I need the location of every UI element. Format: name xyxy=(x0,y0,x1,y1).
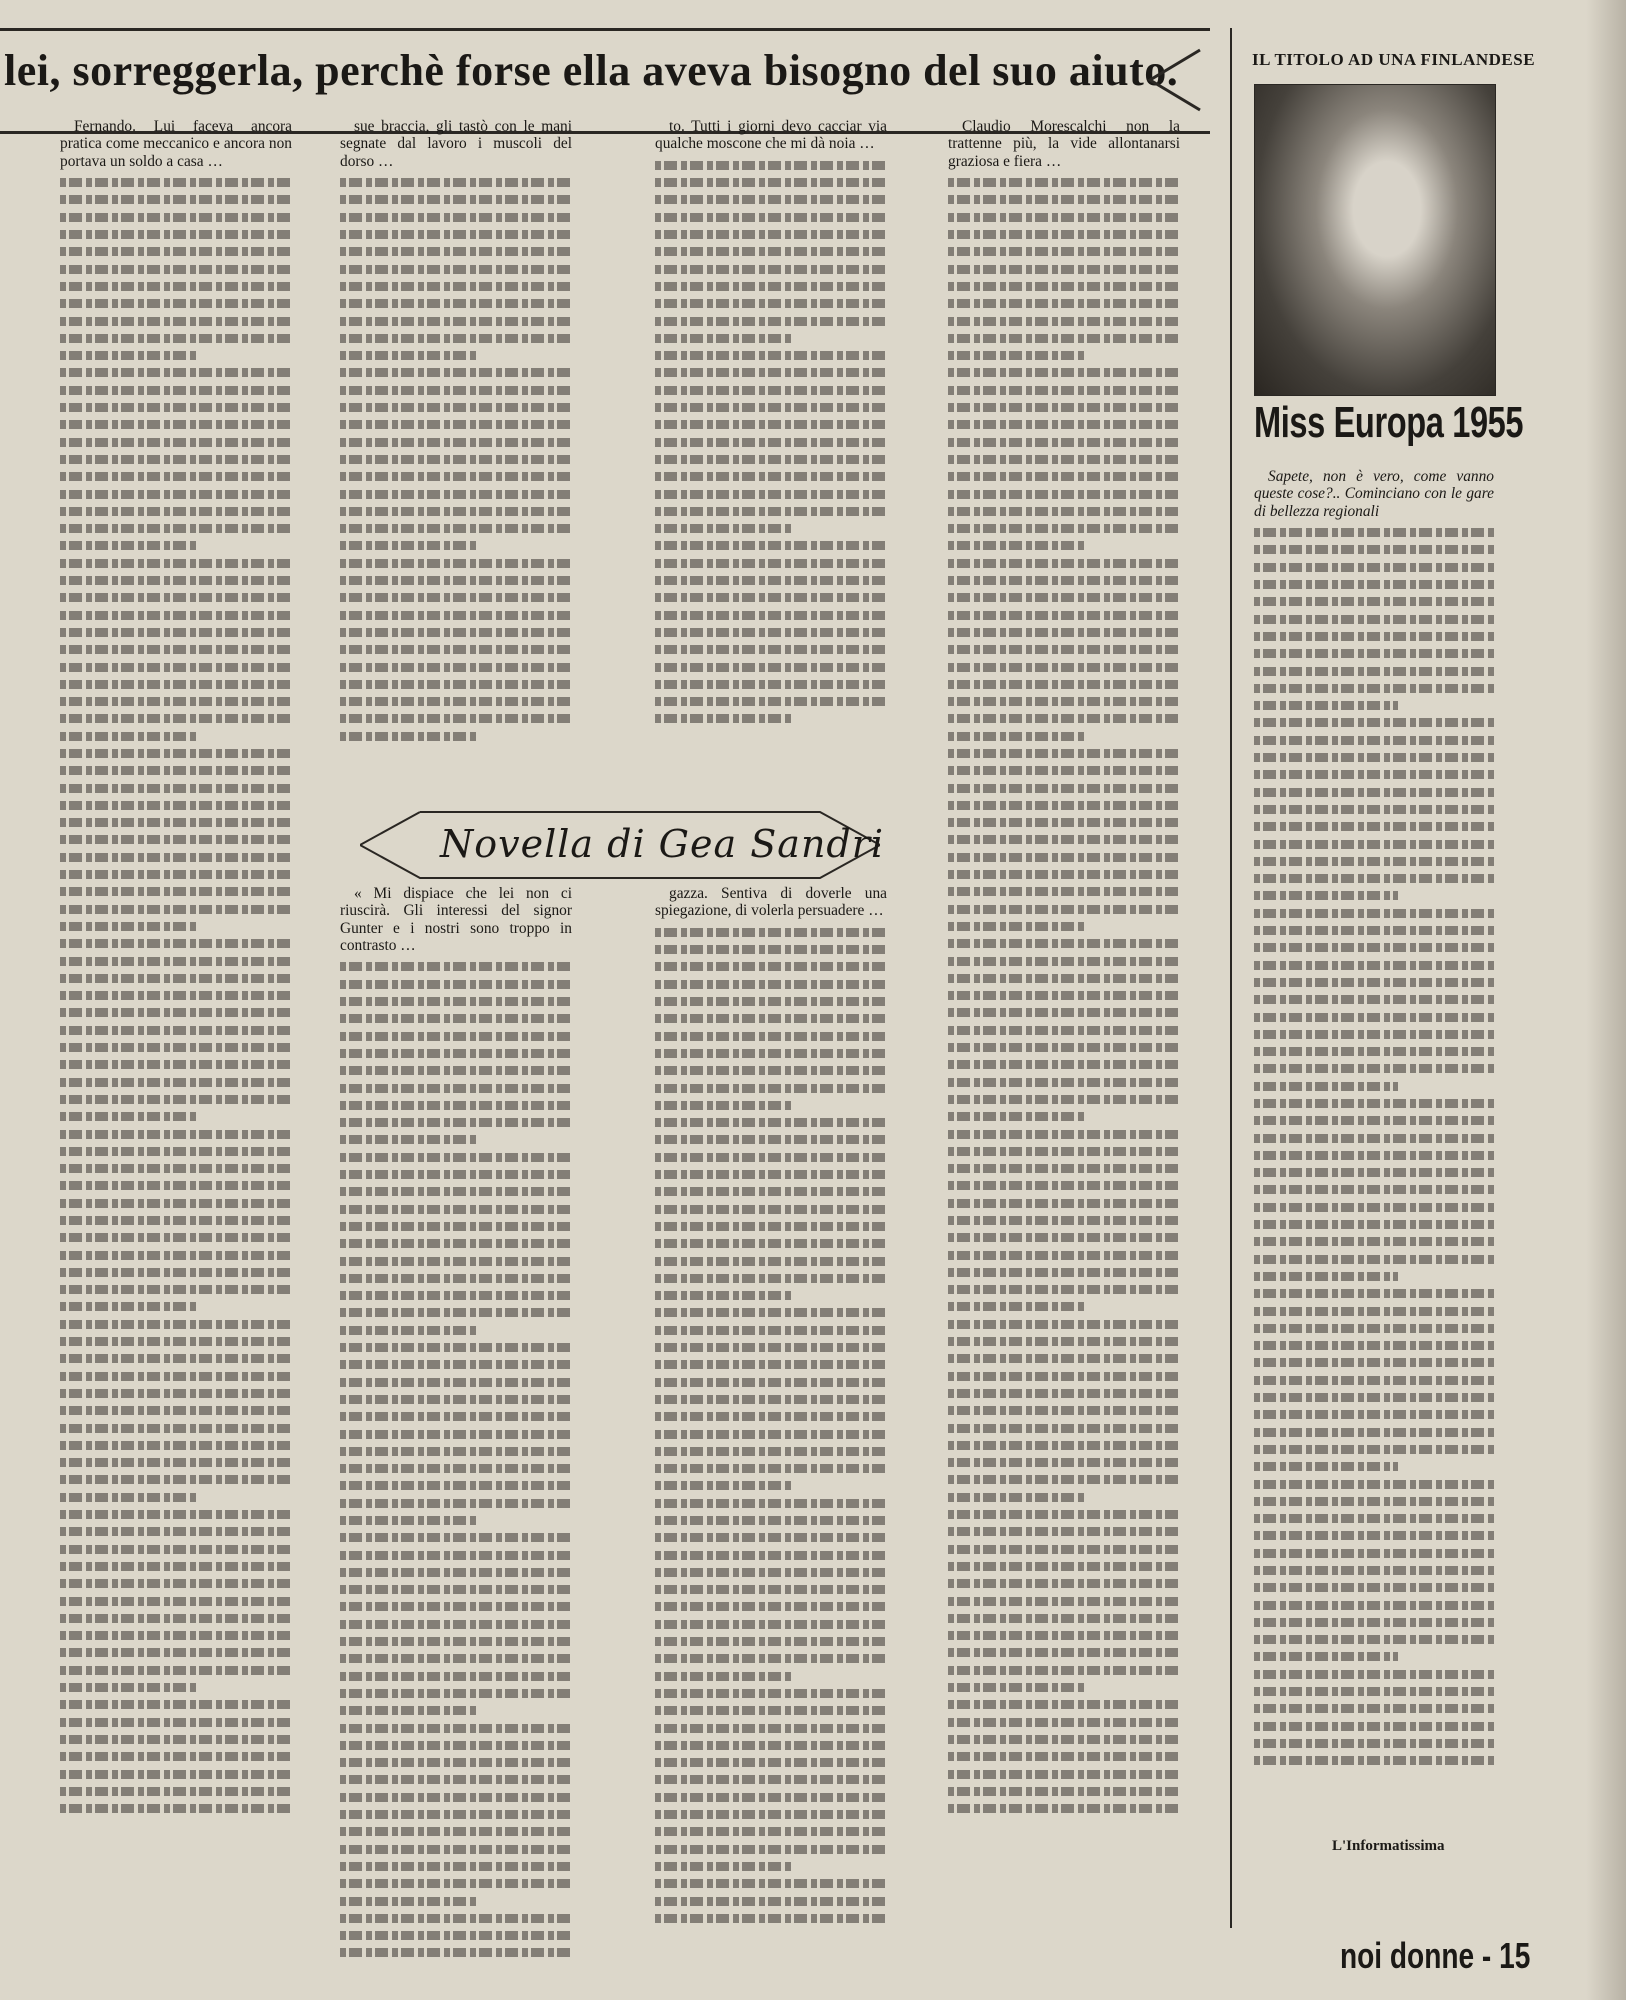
text-line-placeholder xyxy=(60,1614,292,1623)
text-line-placeholder xyxy=(340,645,572,654)
text-line-placeholder xyxy=(60,1199,292,1208)
text-placeholder xyxy=(948,178,1180,1813)
text-line-placeholder xyxy=(340,559,572,568)
text-line-placeholder xyxy=(1254,1428,1494,1437)
text-line-placeholder xyxy=(1254,1549,1494,1558)
text-line-placeholder xyxy=(655,663,887,672)
text-line-placeholder xyxy=(948,1251,1180,1260)
text-line-placeholder xyxy=(948,939,1180,948)
text-line-placeholder xyxy=(340,1533,572,1542)
text-line-placeholder xyxy=(655,1049,887,1058)
text-line-placeholder xyxy=(340,1481,572,1490)
text-line-placeholder xyxy=(60,282,292,291)
text-line-placeholder xyxy=(655,1291,794,1300)
text-line-placeholder xyxy=(60,1372,292,1381)
text-line-placeholder xyxy=(340,980,572,989)
text-line-placeholder xyxy=(340,299,572,308)
text-line-placeholder xyxy=(655,1827,887,1836)
text-line-placeholder xyxy=(1254,1307,1494,1316)
text-line-placeholder xyxy=(60,1666,292,1675)
text-line-placeholder xyxy=(1254,1324,1494,1333)
text-line-placeholder xyxy=(340,282,572,291)
text-line-placeholder xyxy=(948,628,1180,637)
text-line-placeholder xyxy=(60,1389,292,1398)
text-line-placeholder xyxy=(948,1060,1180,1069)
text-line-placeholder xyxy=(655,1775,887,1784)
text-line-placeholder xyxy=(948,195,1180,204)
text-placeholder xyxy=(1254,528,1494,1765)
text-line-placeholder xyxy=(340,1239,572,1248)
text-line-placeholder xyxy=(655,1032,887,1041)
text-line-placeholder xyxy=(655,680,887,689)
text-line-placeholder xyxy=(340,1412,572,1421)
text-line-placeholder xyxy=(340,1014,572,1023)
text-line-placeholder xyxy=(340,962,572,971)
text-line-placeholder xyxy=(1254,1047,1494,1056)
text-line-placeholder xyxy=(1254,1514,1494,1523)
text-line-placeholder xyxy=(1254,667,1494,676)
text-line-placeholder xyxy=(655,420,887,429)
text-line-placeholder xyxy=(655,1308,887,1317)
sidebar-signature: L'Informatissima xyxy=(1332,1838,1445,1855)
text-line-placeholder xyxy=(655,1845,887,1854)
text-line-placeholder xyxy=(60,1216,292,1225)
text-line-placeholder xyxy=(655,1499,887,1508)
text-line-placeholder xyxy=(60,541,199,550)
text-line-placeholder xyxy=(655,1672,794,1681)
story-column-1: Fernando. Lui faceva ancora pratica come… xyxy=(60,118,292,1821)
text-line-placeholder xyxy=(60,1648,292,1657)
text-line-placeholder xyxy=(655,230,887,239)
text-line-placeholder xyxy=(60,230,292,239)
text-line-placeholder xyxy=(948,1631,1180,1640)
text-line-placeholder xyxy=(948,1735,1180,1744)
text-line-placeholder xyxy=(340,1758,572,1767)
text-line-placeholder xyxy=(1254,1601,1494,1610)
text-line-placeholder xyxy=(655,1274,887,1283)
text-line-placeholder xyxy=(655,1602,887,1611)
text-line-placeholder xyxy=(340,680,572,689)
text-line-placeholder xyxy=(1254,874,1494,883)
text-line-placeholder xyxy=(655,645,887,654)
text-line-placeholder xyxy=(60,991,292,1000)
text-line-placeholder xyxy=(948,1545,1180,1554)
text-line-placeholder xyxy=(60,299,292,308)
text-line-placeholder xyxy=(948,1718,1180,1727)
text-line-placeholder xyxy=(655,317,887,326)
text-line-placeholder xyxy=(60,1233,292,1242)
text-line-placeholder xyxy=(340,541,479,550)
text-line-placeholder xyxy=(1254,563,1494,572)
text-line-placeholder xyxy=(340,1637,572,1646)
text-line-placeholder xyxy=(948,1562,1180,1571)
sidebar-headline: Miss Europa 1955 xyxy=(1254,400,1432,446)
text-line-placeholder xyxy=(1254,1376,1494,1385)
text-line-placeholder xyxy=(1254,788,1494,797)
text-line-placeholder xyxy=(340,1084,572,1093)
sidebar-excerpt: Sapete, non è vero, come vanno queste co… xyxy=(1254,468,1494,520)
text-line-placeholder xyxy=(948,1614,1180,1623)
text-line-placeholder xyxy=(948,1008,1180,1017)
text-line-placeholder xyxy=(1254,805,1494,814)
text-line-placeholder xyxy=(60,593,292,602)
text-line-placeholder xyxy=(948,403,1180,412)
text-line-placeholder xyxy=(655,945,887,954)
text-line-placeholder xyxy=(1254,978,1494,987)
text-line-placeholder xyxy=(1254,718,1494,727)
text-line-placeholder xyxy=(948,1493,1087,1502)
text-line-placeholder xyxy=(340,1360,572,1369)
text-line-placeholder xyxy=(1254,1082,1398,1091)
text-line-placeholder xyxy=(655,697,887,706)
text-line-placeholder xyxy=(340,1620,572,1629)
text-line-placeholder xyxy=(655,593,887,602)
text-line-placeholder xyxy=(948,1683,1087,1692)
text-line-placeholder xyxy=(340,1343,572,1352)
text-line-placeholder xyxy=(948,835,1180,844)
text-line-placeholder xyxy=(655,161,887,170)
text-line-placeholder xyxy=(60,368,292,377)
text-line-placeholder xyxy=(948,213,1180,222)
text-line-placeholder xyxy=(1254,528,1494,537)
text-line-placeholder xyxy=(1254,1341,1494,1350)
text-line-placeholder xyxy=(948,611,1180,620)
text-line-placeholder xyxy=(948,645,1180,654)
text-line-placeholder xyxy=(60,472,292,481)
text-line-placeholder xyxy=(60,317,292,326)
text-line-placeholder xyxy=(655,334,794,343)
text-line-placeholder xyxy=(60,490,292,499)
text-line-placeholder xyxy=(948,1458,1180,1467)
text-line-placeholder xyxy=(655,980,887,989)
text-line-placeholder xyxy=(340,178,572,187)
sidebar-kicker: IL TITOLO AD UNA FINLANDESE xyxy=(1252,50,1535,70)
text-line-placeholder xyxy=(655,1741,887,1750)
text-line-placeholder xyxy=(60,1787,292,1796)
text-line-placeholder xyxy=(1254,580,1494,589)
text-line-placeholder xyxy=(1254,1255,1494,1264)
text-line-placeholder xyxy=(948,1475,1180,1484)
text-line-placeholder xyxy=(948,1648,1180,1657)
text-line-placeholder xyxy=(655,928,887,937)
text-line-placeholder xyxy=(655,1551,887,1560)
magazine-page: lei, sorreggerla, perchè forse ella avev… xyxy=(0,0,1626,2000)
text-line-placeholder xyxy=(655,541,887,550)
text-line-placeholder xyxy=(655,1222,887,1231)
text-line-placeholder xyxy=(60,1752,292,1761)
text-line-placeholder xyxy=(340,317,572,326)
text-line-placeholder xyxy=(1254,909,1494,918)
text-line-placeholder xyxy=(340,1897,479,1906)
text-placeholder xyxy=(655,928,887,1923)
text-line-placeholder xyxy=(60,265,292,274)
text-line-placeholder xyxy=(948,472,1180,481)
text-line-placeholder xyxy=(340,1551,572,1560)
text-line-placeholder xyxy=(655,282,887,291)
text-line-placeholder xyxy=(340,265,572,274)
text-line-placeholder xyxy=(1254,1531,1494,1540)
text-line-placeholder xyxy=(655,524,794,533)
text-line-placeholder xyxy=(655,1343,887,1352)
text-line-placeholder xyxy=(948,1043,1180,1052)
text-line-placeholder xyxy=(948,1700,1180,1709)
story-column-6: gazza. Sentiva di doverle una spiegazion… xyxy=(655,885,887,1931)
text-line-placeholder xyxy=(340,230,572,239)
sidebar-body: Sapete, non è vero, come vanno queste co… xyxy=(1254,468,1494,1774)
text-line-placeholder xyxy=(1254,770,1494,779)
text-line-placeholder xyxy=(340,1274,572,1283)
text-line-placeholder xyxy=(340,1948,572,1957)
text-line-placeholder xyxy=(60,1475,292,1484)
text-line-placeholder xyxy=(60,438,292,447)
text-line-placeholder xyxy=(340,997,572,1006)
text-line-placeholder xyxy=(60,749,292,758)
text-line-placeholder xyxy=(60,524,292,533)
text-line-placeholder xyxy=(340,1291,572,1300)
text-line-placeholder xyxy=(655,1793,887,1802)
text-line-placeholder xyxy=(60,1510,292,1519)
text-line-placeholder xyxy=(948,1026,1180,1035)
text-line-placeholder xyxy=(60,213,292,222)
text-line-placeholder xyxy=(340,1602,572,1611)
text-line-placeholder xyxy=(60,766,292,775)
text-line-placeholder xyxy=(948,524,1180,533)
text-line-placeholder xyxy=(60,1683,199,1692)
text-line-placeholder xyxy=(340,1879,572,1888)
text-line-placeholder xyxy=(948,1112,1087,1121)
text-line-placeholder xyxy=(655,472,887,481)
text-line-placeholder xyxy=(655,490,887,499)
text-line-placeholder xyxy=(60,680,292,689)
text-line-placeholder xyxy=(655,559,887,568)
text-line-placeholder xyxy=(948,282,1180,291)
text-line-placeholder xyxy=(60,1545,292,1554)
text-line-placeholder xyxy=(948,1597,1180,1606)
text-line-placeholder xyxy=(1254,545,1494,554)
text-line-placeholder xyxy=(655,1810,887,1819)
text-line-placeholder xyxy=(340,472,572,481)
story-byline-box: Novella di Gea Sandri xyxy=(360,810,880,880)
column-excerpt: Fernando. Lui faceva ancora pratica come… xyxy=(60,118,292,170)
text-line-placeholder xyxy=(948,1579,1180,1588)
text-line-placeholder xyxy=(655,611,887,620)
text-line-placeholder xyxy=(1254,1289,1494,1298)
text-line-placeholder xyxy=(340,1066,572,1075)
text-line-placeholder xyxy=(340,1430,572,1439)
text-line-placeholder xyxy=(1254,1497,1494,1506)
text-line-placeholder xyxy=(1254,1064,1494,1073)
text-line-placeholder xyxy=(948,230,1180,239)
text-line-placeholder xyxy=(948,334,1180,343)
text-line-placeholder xyxy=(60,697,292,706)
text-line-placeholder xyxy=(655,1170,887,1179)
text-line-placeholder xyxy=(948,749,1180,758)
text-line-placeholder xyxy=(340,1205,572,1214)
text-line-placeholder xyxy=(1254,1635,1494,1644)
text-line-placeholder xyxy=(655,1897,887,1906)
text-line-placeholder xyxy=(948,1216,1180,1225)
text-line-placeholder xyxy=(340,507,572,516)
text-line-placeholder xyxy=(655,576,887,585)
text-line-placeholder xyxy=(60,714,292,723)
text-line-placeholder xyxy=(1254,1116,1494,1125)
text-line-placeholder xyxy=(1254,822,1494,831)
text-line-placeholder xyxy=(948,818,1180,827)
text-line-placeholder xyxy=(60,835,292,844)
text-line-placeholder xyxy=(60,887,292,896)
text-line-placeholder xyxy=(1254,736,1494,745)
text-line-placeholder xyxy=(1254,1566,1494,1575)
text-line-placeholder xyxy=(1254,1670,1494,1679)
text-line-placeholder xyxy=(655,1430,887,1439)
text-line-placeholder xyxy=(60,905,292,914)
text-line-placeholder xyxy=(60,1026,292,1035)
text-line-placeholder xyxy=(948,957,1180,966)
text-line-placeholder xyxy=(60,801,292,810)
text-line-placeholder xyxy=(948,1804,1180,1813)
text-line-placeholder xyxy=(340,1724,572,1733)
text-line-placeholder xyxy=(340,195,572,204)
text-line-placeholder xyxy=(60,1302,199,1311)
text-line-placeholder xyxy=(340,714,572,723)
text-line-placeholder xyxy=(655,962,887,971)
story-column-4: Claudio Morescalchi non la trattenne più… xyxy=(948,118,1180,1821)
text-placeholder xyxy=(60,178,292,1813)
text-line-placeholder xyxy=(60,178,292,187)
text-line-placeholder xyxy=(1254,1358,1494,1367)
text-line-placeholder xyxy=(60,1112,199,1121)
text-line-placeholder xyxy=(948,1181,1180,1190)
text-line-placeholder xyxy=(948,1320,1180,1329)
text-line-placeholder xyxy=(60,1700,292,1709)
text-line-placeholder xyxy=(60,974,292,983)
text-line-placeholder xyxy=(655,1360,887,1369)
text-line-placeholder xyxy=(60,784,292,793)
text-placeholder xyxy=(340,178,572,741)
text-line-placeholder xyxy=(60,1562,292,1571)
text-line-placeholder xyxy=(1254,1704,1494,1713)
text-line-placeholder xyxy=(948,1424,1180,1433)
text-line-placeholder xyxy=(340,611,572,620)
text-line-placeholder xyxy=(655,195,887,204)
text-line-placeholder xyxy=(948,697,1180,706)
text-line-placeholder xyxy=(340,1170,572,1179)
text-line-placeholder xyxy=(340,490,572,499)
text-line-placeholder xyxy=(60,420,292,429)
story-column-3: to. Tutti i giorni devo cacciar via qual… xyxy=(655,118,887,732)
text-line-placeholder xyxy=(1254,1030,1494,1039)
text-line-placeholder xyxy=(948,317,1180,326)
text-line-placeholder xyxy=(948,714,1180,723)
text-line-placeholder xyxy=(655,299,887,308)
text-line-placeholder xyxy=(655,1585,887,1594)
text-line-placeholder xyxy=(948,576,1180,585)
text-line-placeholder xyxy=(948,1268,1180,1277)
text-line-placeholder xyxy=(60,957,292,966)
text-line-placeholder xyxy=(655,1620,887,1629)
text-line-placeholder xyxy=(60,386,292,395)
text-line-placeholder xyxy=(60,403,292,412)
text-line-placeholder xyxy=(340,1845,572,1854)
text-line-placeholder xyxy=(60,1043,292,1052)
text-line-placeholder xyxy=(60,334,292,343)
text-line-placeholder xyxy=(948,766,1180,775)
text-line-placeholder xyxy=(1254,926,1494,935)
column-excerpt: « Mi dispiace che lei non ci riuscirà. G… xyxy=(340,885,572,954)
text-line-placeholder xyxy=(1254,632,1494,641)
text-line-placeholder xyxy=(60,1078,292,1087)
text-line-placeholder xyxy=(340,1032,572,1041)
text-line-placeholder xyxy=(948,1147,1180,1156)
text-line-placeholder xyxy=(655,1637,887,1646)
text-line-placeholder xyxy=(948,1527,1180,1536)
text-line-placeholder xyxy=(655,1066,887,1075)
text-line-placeholder xyxy=(655,1378,887,1387)
text-line-placeholder xyxy=(340,1568,572,1577)
text-line-placeholder xyxy=(948,1285,1180,1294)
text-line-placeholder xyxy=(1254,1134,1494,1143)
text-line-placeholder xyxy=(340,593,572,602)
column-excerpt: sue braccia, gli tastò con le mani segna… xyxy=(340,118,572,170)
text-line-placeholder xyxy=(60,1337,292,1346)
text-line-placeholder xyxy=(340,1326,479,1335)
text-line-placeholder xyxy=(1254,597,1494,606)
text-line-placeholder xyxy=(948,1337,1180,1346)
text-line-placeholder xyxy=(340,455,572,464)
text-line-placeholder xyxy=(340,1775,572,1784)
text-line-placeholder xyxy=(60,1631,292,1640)
text-line-placeholder xyxy=(60,818,292,827)
text-line-placeholder xyxy=(60,922,199,931)
text-line-placeholder xyxy=(60,1354,292,1363)
text-line-placeholder xyxy=(340,334,572,343)
text-line-placeholder xyxy=(60,1527,292,1536)
text-line-placeholder xyxy=(340,628,572,637)
text-line-placeholder xyxy=(655,1187,887,1196)
text-line-placeholder xyxy=(655,1135,887,1144)
text-line-placeholder xyxy=(60,1718,292,1727)
text-line-placeholder xyxy=(60,559,292,568)
text-line-placeholder xyxy=(655,247,887,256)
story-column-5: « Mi dispiace che lei non ci riuscirà. G… xyxy=(340,885,572,1966)
text-line-placeholder xyxy=(948,1441,1180,1450)
text-line-placeholder xyxy=(948,853,1180,862)
text-line-placeholder xyxy=(655,438,887,447)
text-line-placeholder xyxy=(340,1862,572,1871)
text-line-placeholder xyxy=(655,403,887,412)
text-line-placeholder xyxy=(340,1810,572,1819)
column-excerpt: gazza. Sentiva di doverle una spiegazion… xyxy=(655,885,887,920)
text-line-placeholder xyxy=(60,939,292,948)
text-line-placeholder xyxy=(340,1447,572,1456)
text-line-placeholder xyxy=(60,1406,292,1415)
text-line-placeholder xyxy=(655,1533,887,1542)
text-line-placeholder xyxy=(1254,840,1494,849)
text-line-placeholder xyxy=(60,1579,292,1588)
text-line-placeholder xyxy=(948,455,1180,464)
text-line-placeholder xyxy=(948,1666,1180,1675)
text-line-placeholder xyxy=(60,1804,292,1813)
text-line-placeholder xyxy=(340,420,572,429)
text-line-placeholder xyxy=(948,905,1180,914)
text-line-placeholder xyxy=(948,784,1180,793)
text-line-placeholder xyxy=(1254,1722,1494,1731)
chevron-left-icon xyxy=(1140,45,1210,115)
text-line-placeholder xyxy=(948,887,1180,896)
text-line-placeholder xyxy=(340,697,572,706)
text-line-placeholder xyxy=(340,1464,572,1473)
text-line-placeholder xyxy=(60,195,292,204)
